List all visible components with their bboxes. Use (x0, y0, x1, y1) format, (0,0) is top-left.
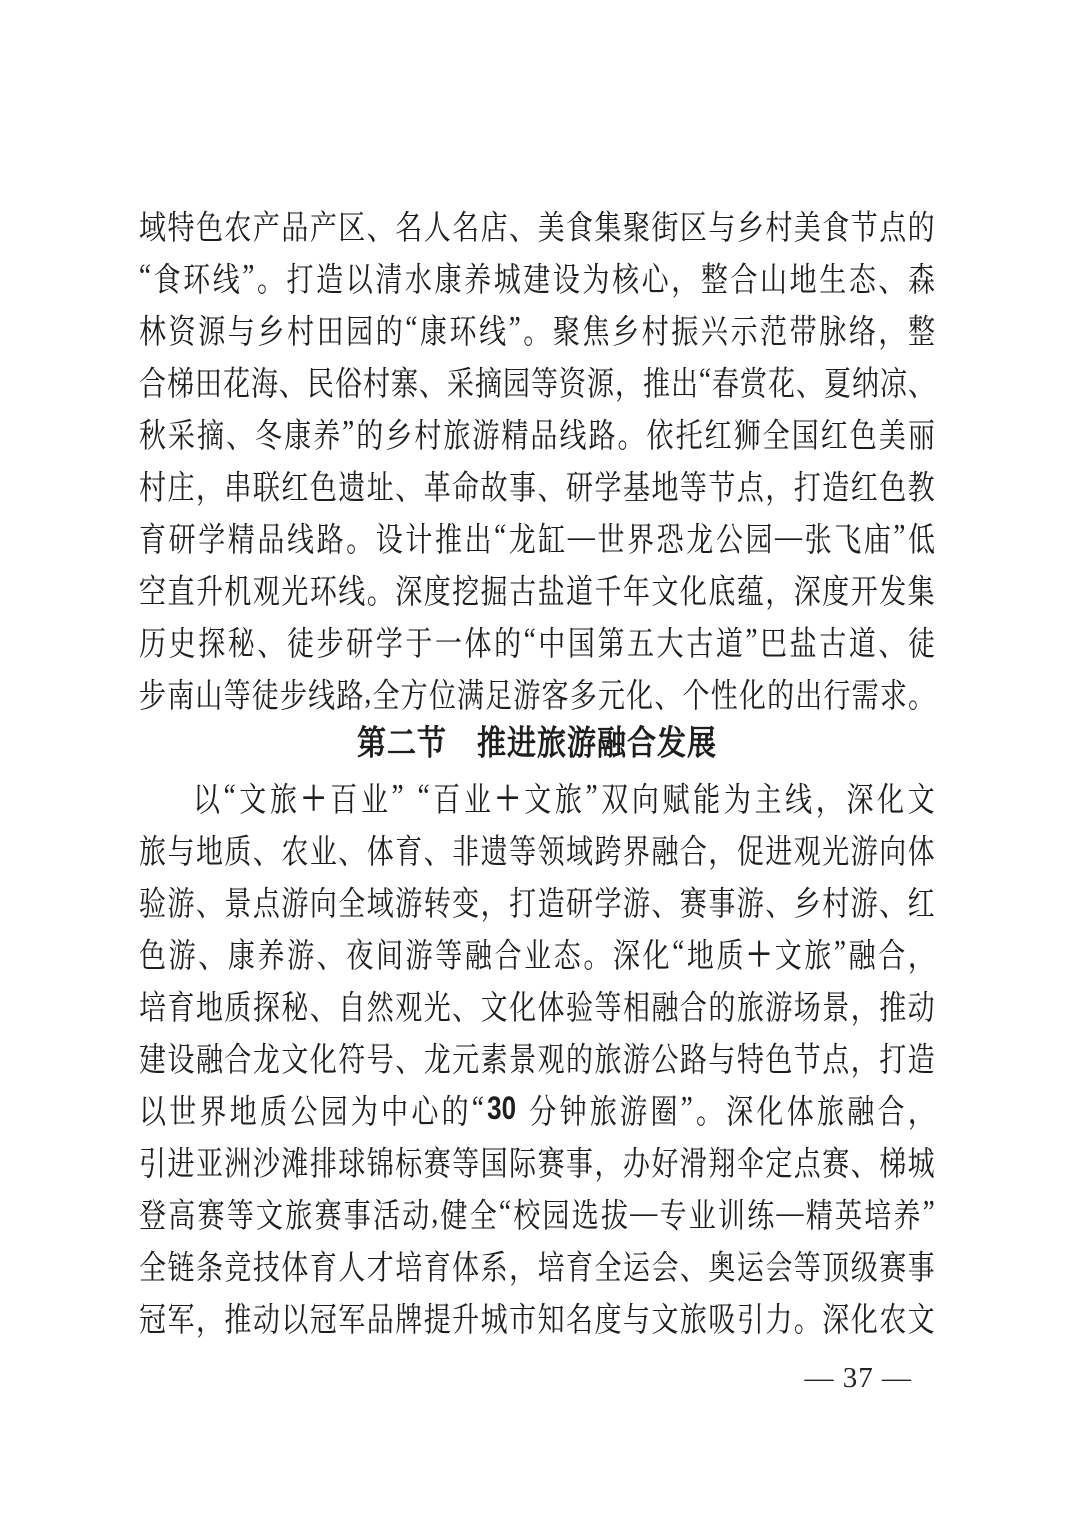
char: 文 (908, 1292, 935, 1340)
char: 等 (794, 1240, 821, 1288)
char: 设 (167, 1032, 194, 1080)
char: 、 (680, 1240, 707, 1288)
char: 开 (851, 564, 878, 612)
char: 俗 (335, 356, 362, 404)
char: 全 (139, 1240, 166, 1288)
char: 道 (716, 616, 743, 664)
char: 光 (424, 980, 451, 1028)
char: 研 (346, 616, 373, 664)
char: 高 (168, 1188, 195, 1236)
char: 体 (465, 616, 492, 664)
char: 。 (618, 408, 645, 456)
char: 红 (705, 408, 732, 456)
char: 民 (307, 356, 334, 404)
char: 年 (623, 564, 650, 612)
char: 素 (481, 1032, 508, 1080)
char: ， (851, 1032, 878, 1080)
char: ” (392, 777, 404, 815)
char: 名 (566, 1292, 593, 1340)
char: 示 (730, 304, 757, 352)
char: 出 (465, 512, 492, 560)
char: 出 (671, 356, 698, 404)
char: 乡 (794, 876, 821, 924)
char: 与 (167, 824, 194, 872)
char: 国 (481, 1136, 508, 1184)
char: 域 (566, 824, 593, 872)
char: 客 (542, 668, 569, 716)
char: 求 (880, 668, 907, 716)
char: 的 (767, 668, 794, 716)
char: 洲 (224, 1136, 251, 1184)
char: 线 (213, 252, 240, 300)
char: ， (765, 460, 792, 508)
char: ， (878, 304, 905, 352)
western-text: ＋ (495, 773, 521, 819)
char: 打 (509, 876, 536, 924)
char: 食 (566, 200, 593, 248)
char: 命 (452, 460, 479, 508)
char: 中 (538, 616, 565, 664)
char: 、 (279, 356, 306, 404)
char: 融 (651, 824, 678, 872)
char: “ (418, 777, 430, 815)
char: 路 (317, 512, 344, 560)
char: 化 (877, 772, 904, 820)
char: 的 (566, 1032, 593, 1080)
char: 需 (852, 668, 879, 716)
char: 号 (367, 1032, 394, 1080)
char: 百 (330, 772, 357, 820)
char: 游 (406, 928, 433, 976)
char: 梯 (879, 1136, 906, 1184)
char: 双 (601, 772, 628, 820)
char: 会 (651, 1240, 678, 1288)
char: 千 (595, 564, 622, 612)
char: 地 (651, 460, 678, 508)
char: 摘 (197, 408, 224, 456)
char: 清 (375, 252, 402, 300)
paragraph-section-body: 以“文旅＋百业” “百业＋文旅”双向赋能为主线，深化文旅与地质、农业、体育、非遗… (139, 770, 935, 1342)
char: 质 (716, 928, 743, 976)
char: 。 (346, 512, 373, 560)
char: 。 (794, 1292, 821, 1340)
char: 核 (612, 252, 639, 300)
char: 赛 (198, 1188, 225, 1236)
char: 第 (597, 616, 624, 664)
char: 深 (794, 564, 821, 612)
char: 线 (338, 564, 365, 612)
char: 合 (878, 1084, 905, 1132)
char: 公 (716, 512, 743, 560)
char: 品 (281, 200, 308, 248)
char: 推 (435, 512, 462, 560)
char: 市 (509, 1292, 536, 1340)
char: 。 (696, 1084, 723, 1132)
char: 际 (509, 1136, 536, 1184)
char: 亚 (196, 1136, 223, 1184)
char: 化 (680, 564, 707, 612)
char: 定 (765, 1136, 792, 1184)
char: 秘 (281, 980, 308, 1028)
char: 向 (310, 876, 337, 924)
char: 步 (280, 668, 307, 716)
char: 世 (597, 512, 624, 560)
char: 采 (447, 356, 474, 404)
char: 观 (538, 1032, 565, 1080)
char: 培 (864, 1188, 891, 1236)
char: 全 (372, 668, 399, 716)
char: 性 (711, 668, 738, 716)
char: 旅 (680, 1292, 707, 1340)
char: 、 (879, 876, 906, 924)
char: 旅 (817, 1084, 844, 1132)
char: 机 (224, 564, 251, 612)
western-text: ＋ (301, 773, 327, 819)
char: 环 (183, 252, 210, 300)
char: 、 (226, 408, 253, 456)
char: “ (524, 621, 536, 659)
char: 丽 (908, 408, 935, 456)
char: 全 (763, 408, 790, 456)
char: 范 (760, 304, 787, 352)
char: 、 (198, 928, 225, 976)
char: 引 (139, 1136, 166, 1184)
char: 、 (765, 876, 792, 924)
char: 造 (316, 252, 343, 300)
char: 文 (651, 564, 678, 612)
char: 农 (224, 200, 251, 248)
char: 育 (424, 1240, 451, 1288)
char: 公 (290, 1084, 317, 1132)
char: 、 (851, 1136, 878, 1184)
char: 田 (317, 304, 344, 352)
char: 吸 (708, 1292, 735, 1340)
char: 为 (582, 252, 609, 300)
char: “ (224, 777, 236, 815)
char: 赛 (315, 1188, 342, 1236)
char: 向 (632, 772, 659, 820)
char: 林 (139, 304, 166, 352)
char: 深 (846, 772, 873, 820)
char: 巴 (760, 616, 787, 664)
char: 龙 (424, 1032, 451, 1080)
char: 村 (363, 356, 390, 404)
char: 军 (167, 1292, 194, 1340)
char: 动 (402, 1188, 429, 1236)
char: 光 (822, 824, 849, 872)
char: 位 (429, 668, 456, 716)
char: 能 (693, 772, 720, 820)
char: 城 (494, 252, 521, 300)
char: 全 (338, 876, 365, 924)
char: 造 (822, 460, 849, 508)
char: 等 (435, 928, 462, 976)
char: 红 (281, 460, 308, 508)
char: 质 (224, 980, 251, 1028)
char: 旅 (737, 980, 764, 1028)
char: , (432, 1193, 439, 1231)
char: 飞 (834, 512, 861, 560)
char: 标 (395, 1136, 422, 1184)
char: 地 (687, 928, 714, 976)
char: ， (196, 460, 223, 508)
char: 动 (253, 1292, 280, 1340)
char: 赋 (663, 772, 690, 820)
char: 乡 (737, 200, 764, 248)
char: 研 (169, 512, 196, 560)
char: 街 (651, 200, 678, 248)
char: 文 (256, 1188, 283, 1236)
char: 凉 (880, 356, 907, 404)
western-text: 30 (487, 1089, 516, 1127)
char: 伞 (737, 1136, 764, 1184)
char: 养 (313, 408, 340, 456)
char: 育 (566, 1240, 593, 1288)
char: 域 (367, 876, 394, 924)
char: 地 (196, 980, 223, 1028)
char: 兴 (701, 304, 728, 352)
char: 打 (879, 1032, 906, 1080)
char: 村 (139, 460, 166, 508)
char: ” (923, 1193, 935, 1231)
char: 沙 (253, 1136, 280, 1184)
char: 村 (414, 408, 441, 456)
char: 个 (683, 668, 710, 716)
char: 夏 (824, 356, 851, 404)
char: 园 (542, 1188, 569, 1236)
char: 古 (509, 564, 536, 612)
char: 生 (819, 252, 846, 300)
char: 的 (442, 1084, 469, 1132)
char: 乡 (257, 304, 284, 352)
char: 、 (419, 356, 446, 404)
char: 度 (822, 564, 849, 612)
char: 的 (708, 980, 735, 1028)
char: 方 (401, 668, 428, 716)
char: 史 (169, 616, 196, 664)
char: 特 (737, 1032, 764, 1080)
char: 游 (169, 928, 196, 976)
char: 的 (908, 200, 935, 248)
char: 知 (538, 1292, 565, 1340)
char: 专 (659, 1188, 686, 1236)
char: 路 (336, 668, 363, 716)
char: 海 (251, 356, 278, 404)
char: — (776, 1193, 803, 1231)
paragraph-continued-from-previous-page: 域特色农产品产区、名人名店、美食集聚街区与乡村美食节点的“食环线”。打造以清水康… (139, 198, 935, 718)
char: 产 (310, 200, 337, 248)
char: 康 (420, 304, 447, 352)
char: 乡 (612, 304, 639, 352)
char: “ (139, 257, 151, 295)
char: 冠 (310, 1292, 337, 1340)
char: 园 (745, 512, 772, 560)
char: 非 (452, 824, 479, 872)
char: 体 (281, 1240, 308, 1288)
char: 景 (822, 980, 849, 1028)
char: 旅 (270, 772, 297, 820)
char: 徒 (252, 668, 279, 716)
char: 山 (195, 668, 222, 716)
char: 合 (139, 356, 166, 404)
char: 活 (373, 1188, 400, 1236)
char: 化 (626, 668, 653, 716)
char: 质 (224, 824, 251, 872)
char: 依 (647, 408, 674, 456)
char: 的 (494, 616, 521, 664)
char: 美 (794, 200, 821, 248)
char: 康 (284, 408, 311, 456)
char: 。 (908, 668, 935, 716)
char: 推 (224, 1292, 251, 1340)
char: 园 (346, 304, 373, 352)
char: ” (681, 1089, 693, 1127)
char: 源 (587, 356, 614, 404)
char: 花 (768, 356, 795, 404)
char: 文 (908, 772, 935, 820)
char: 练 (747, 1188, 774, 1236)
char: 缸 (538, 512, 565, 560)
char: 线 (785, 772, 812, 820)
char: 深 (822, 1292, 849, 1340)
char: 打 (287, 252, 314, 300)
char: 、 (395, 1032, 422, 1080)
char: 翔 (708, 1136, 735, 1184)
char: 游 (287, 928, 314, 976)
char: 等 (227, 1188, 254, 1236)
char: 设 (553, 252, 580, 300)
char: 庄 (167, 460, 194, 508)
char: 办 (623, 1136, 650, 1184)
char: 特 (167, 200, 194, 248)
char: 域 (139, 200, 166, 248)
char: 事 (566, 1136, 593, 1184)
char: 带 (790, 304, 817, 352)
char: 食 (822, 200, 849, 248)
char: 整 (701, 252, 728, 300)
char: 设 (376, 512, 403, 560)
char: 步 (317, 616, 344, 664)
char: 革 (424, 460, 451, 508)
char: 心 (642, 252, 669, 300)
char: 等 (680, 460, 707, 508)
char: 色 (765, 1032, 792, 1080)
char: 赏 (740, 356, 767, 404)
char: ， (595, 1136, 622, 1184)
char: 体 (787, 1084, 814, 1132)
char: “ (499, 1193, 511, 1231)
char: 聚 (623, 200, 650, 248)
char: 赛 (822, 1136, 849, 1184)
document-page: 域特色农产品产区、名人名店、美食集聚街区与乡村美食节点的“食环线”。打造以清水康… (0, 0, 1074, 1520)
char: 合 (224, 1032, 251, 1080)
char: 花 (223, 356, 250, 404)
char: 春 (712, 356, 739, 404)
char: 深 (613, 928, 640, 976)
char: 、 (253, 824, 280, 872)
char: 产 (253, 200, 280, 248)
char: 点 (253, 876, 280, 924)
char: 等 (509, 824, 536, 872)
char: ， (816, 772, 843, 820)
char: 球 (338, 1136, 365, 1184)
char: 恐 (657, 512, 684, 560)
char: 培 (139, 980, 166, 1028)
char: 国 (568, 616, 595, 664)
char: 竞 (224, 1240, 251, 1288)
char: 分 (529, 1084, 556, 1132)
char: 节 (851, 200, 878, 248)
char: 滑 (680, 1136, 707, 1184)
char: 、 (908, 356, 935, 404)
char: 南 (167, 668, 194, 716)
char: 、 (878, 616, 905, 664)
char: , (365, 673, 372, 711)
char: 育 (139, 512, 166, 560)
char: 融 (196, 1032, 223, 1080)
char: 促 (737, 824, 764, 872)
char: 业 (524, 928, 551, 976)
char: 领 (538, 824, 565, 872)
char: 场 (794, 980, 821, 1028)
char: 质 (260, 1084, 287, 1132)
char: 、 (196, 876, 223, 924)
char: 挖 (452, 564, 479, 612)
char: 集 (595, 200, 622, 248)
char: 人 (424, 200, 451, 248)
char: 校 (513, 1188, 540, 1236)
char: 集 (908, 564, 935, 612)
char: 色 (139, 928, 166, 976)
char: 融 (847, 1084, 874, 1132)
char: 区 (338, 200, 365, 248)
char: 钟 (560, 1084, 587, 1132)
char: 、 (651, 876, 678, 924)
char: 、 (424, 824, 451, 872)
char: 串 (224, 460, 251, 508)
char: 环 (310, 564, 337, 612)
char: 秘 (228, 616, 255, 664)
char: 以 (281, 1292, 308, 1340)
char: 庙 (864, 512, 891, 560)
char: 探 (253, 980, 280, 1028)
char: 低 (908, 512, 935, 560)
char: 精 (806, 1188, 833, 1236)
char: ， (708, 824, 735, 872)
char: 化 (756, 1084, 783, 1132)
char: 中 (381, 1084, 408, 1132)
char: 符 (338, 1032, 365, 1080)
char: ， (481, 876, 508, 924)
char: “ (494, 517, 506, 555)
char: 名 (395, 200, 422, 248)
char: 焦 (582, 304, 609, 352)
char: 育 (310, 1240, 337, 1288)
char: “ (672, 933, 684, 971)
char: 资 (169, 304, 196, 352)
char: 与 (228, 304, 255, 352)
char: 然 (367, 980, 394, 1028)
char: 、 (509, 200, 536, 248)
char: 旅 (595, 1032, 622, 1080)
char: 事 (908, 1240, 935, 1288)
char: 村 (765, 200, 792, 248)
char: 培 (538, 1240, 565, 1288)
char: 学 (198, 512, 225, 560)
char: 冬 (255, 408, 282, 456)
char: 光 (281, 564, 308, 612)
char: 乡 (385, 408, 412, 456)
